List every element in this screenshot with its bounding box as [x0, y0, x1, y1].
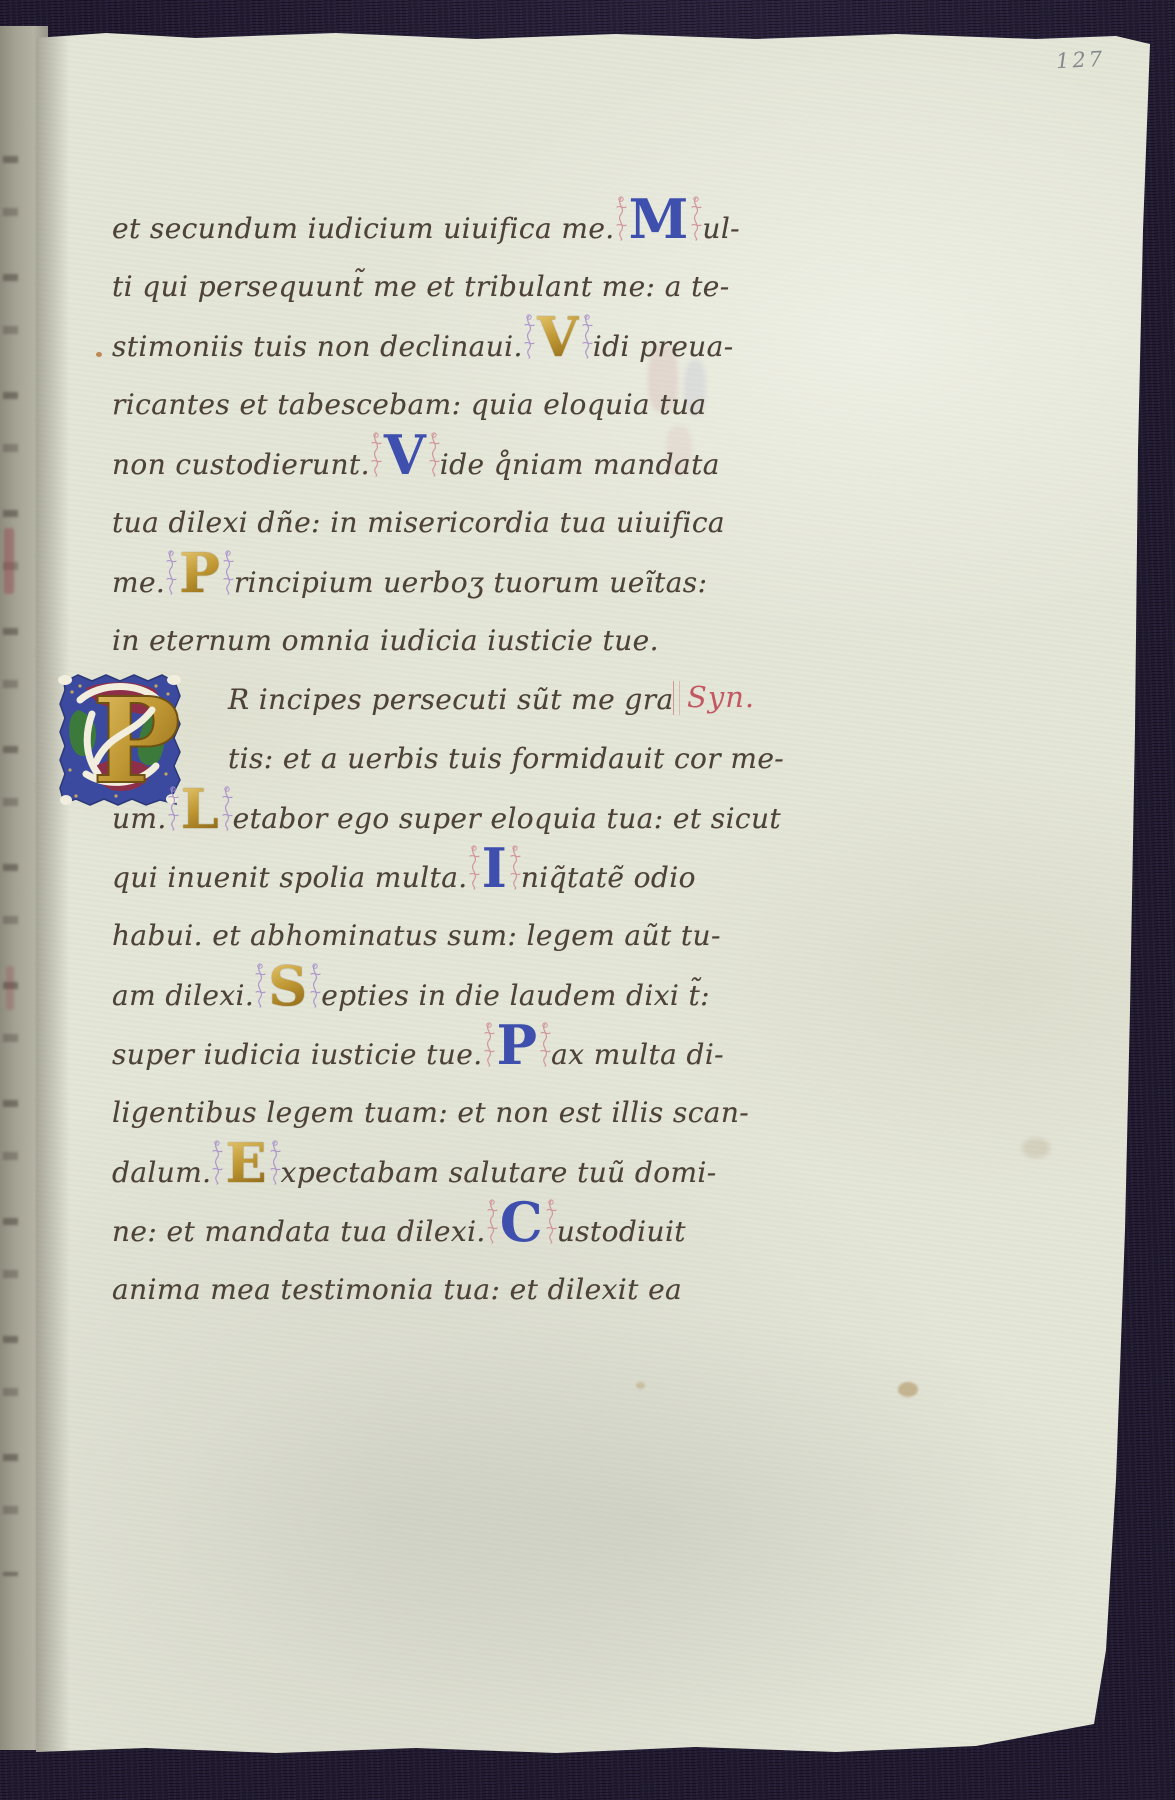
decorated-initial-V: V [523, 316, 593, 358]
text-block: P et secundum iudicium uiuifica me.Mul-t… [112, 198, 772, 1319]
pen-flourish [545, 1198, 557, 1244]
manuscript-text: habui. et abhominatus sum: legem aũt tu- [112, 919, 721, 952]
text-line: um.Letabor ego super eloquia tua: et sic… [112, 788, 772, 847]
manuscript-text: tua dilexi dñe: in misericordia tua uiui… [112, 506, 725, 539]
vine-corner-leaf [60, 795, 72, 805]
initial-letter: P [179, 541, 220, 605]
stain [898, 1382, 918, 1397]
manuscript-text: am dilexi. [112, 979, 254, 1012]
manuscript-text: dalum. [112, 1156, 211, 1189]
text-line: qui inuenit spolia multa.Iniq̃tatẽ odio [112, 847, 772, 906]
manuscript-text: idi preua- [593, 330, 734, 363]
facing-page-red-mark [4, 528, 14, 594]
stain [1022, 1138, 1050, 1158]
decorated-initial-S: S [254, 965, 321, 1007]
manuscript-text: anima mea testimonia tua: et dilexit ea [112, 1273, 682, 1306]
text-line: ricantes et tabescebam: quia eloquia tua [112, 375, 772, 434]
manuscript-text: um. [112, 802, 167, 835]
text-line: am dilexi.Septies in die laudem dixi t̃: [112, 965, 772, 1024]
initial-letter: E [225, 1131, 266, 1195]
stain [636, 1382, 645, 1389]
manuscript-text: rincipium uerboʒ tuorum ueĩtas: [234, 566, 708, 599]
folio-number: 127 [1055, 47, 1105, 74]
pen-flourish [221, 785, 233, 831]
manuscript-text: ricantes et tabescebam: quia eloquia tua [112, 388, 707, 421]
text-line: dalum.Expectabam salutare tuũ domi- [112, 1142, 772, 1201]
decorated-initial-V: V [370, 434, 440, 476]
manuscript-text: ustodiuit [557, 1215, 686, 1248]
pen-flourish [211, 1139, 223, 1185]
text-line: in eternum omnia iudicia iusticie tue. [112, 611, 772, 670]
initial-letter: M [629, 187, 689, 251]
manuscript-text: ligentibus legem tuam: et non est illis … [112, 1096, 749, 1129]
pen-flourish [167, 785, 179, 831]
manuscript-text: ax multa di- [551, 1038, 724, 1071]
initial-letter: I [482, 836, 507, 900]
manuscript-text: tis: et a uerbis tuis formidauit cor me- [228, 742, 784, 775]
facing-page-red-mark [6, 966, 14, 1010]
decorated-initial-P: P [483, 1024, 552, 1066]
manuscript-text: niq̃tatẽ odio [521, 861, 696, 894]
pen-flourish [165, 549, 177, 595]
pen-flourish [539, 1021, 551, 1067]
initial-letter: S [268, 954, 307, 1018]
manuscript-text: R incipes persecuti sũt me gra [228, 683, 674, 716]
pen-flourish [486, 1198, 498, 1244]
text-line: habui. et abhominatus sum: legem aũt tu- [112, 906, 772, 965]
text-line: anima mea testimonia tua: et dilexit ea [112, 1260, 772, 1319]
text-line: super iudicia iusticie tue.Pax multa di- [112, 1024, 772, 1083]
manuscript-text: ne: et mandata tua dilexi. [112, 1215, 486, 1248]
text-line: me.Principium uerboʒ tuorum ueĩtas: [112, 552, 772, 611]
text-line: et secundum iudicium uiuifica me.Mul- [112, 198, 772, 257]
pen-flourish [428, 431, 440, 477]
text-line: ligentibus legem tuam: et non est illis … [112, 1083, 772, 1142]
manuscript-text: in eternum omnia iudicia iusticie tue. [112, 624, 659, 657]
stain [96, 352, 102, 357]
manuscript-text: epties in die laudem dixi t̃: [321, 979, 710, 1012]
decorated-initial-E: E [211, 1142, 280, 1184]
text-line: stimoniis tuis non declinaui.Vidi preua- [112, 316, 772, 375]
pen-flourish [615, 195, 627, 241]
manuscript-text: me. [112, 566, 165, 599]
manuscript-text: ul- [702, 212, 740, 245]
initial-letter: V [537, 305, 579, 369]
initial-letter: C [500, 1190, 543, 1254]
pen-flourish [509, 844, 521, 890]
manuscript-page: 127 [36, 30, 1152, 1756]
initial-letter: L [181, 777, 219, 841]
pen-flourish [222, 549, 234, 595]
decorated-initial-I: I [468, 847, 521, 889]
text-line: non custodierunt.Vide q̊niam mandata [112, 434, 772, 493]
marginal-note: Syn. [673, 668, 755, 727]
pen-flourish [269, 1139, 281, 1185]
decorated-initial-P: P [165, 552, 234, 594]
initial-letter: V [384, 423, 426, 487]
binding-background: { "page": { "folio_number": "127", "big_… [0, 0, 1175, 1800]
pen-flourish [370, 431, 382, 477]
initial-letter: P [497, 1013, 538, 1077]
pen-flourish [523, 313, 535, 359]
text-line: ne: et mandata tua dilexi.Custodiuit [112, 1201, 772, 1260]
text-line: R incipes persecuti sũt me graSyn. [112, 670, 772, 729]
manuscript-text: super iudicia iusticie tue. [112, 1038, 483, 1071]
pen-flourish [254, 962, 266, 1008]
manuscript-text: xpectabam salutare tuũ domi- [281, 1156, 717, 1189]
vine-corner-leaf [58, 675, 72, 685]
pen-flourish [690, 195, 702, 241]
manuscript-text: non custodierunt. [112, 448, 370, 481]
pen-flourish [581, 313, 593, 359]
manuscript-text: et secundum iudicium uiuifica me. [112, 212, 615, 245]
decorated-initial-C: C [486, 1201, 557, 1243]
pen-flourish [483, 1021, 495, 1067]
decorated-initial-L: L [167, 788, 233, 830]
manuscript-text: ti qui persequunt̃ me et tribulant me: a… [112, 270, 730, 303]
pen-flourish [309, 962, 321, 1008]
pen-flourish [468, 844, 480, 890]
manuscript-text: etabor ego super eloquia tua: et sicut [233, 802, 781, 835]
decorated-initial-M: M [615, 198, 703, 240]
manuscript-text: ide q̊niam mandata [440, 448, 720, 481]
text-line: ti qui persequunt̃ me et tribulant me: a… [112, 257, 772, 316]
manuscript-text: qui inuenit spolia multa. [112, 861, 468, 894]
manuscript-text: stimoniis tuis non declinaui. [112, 330, 523, 363]
